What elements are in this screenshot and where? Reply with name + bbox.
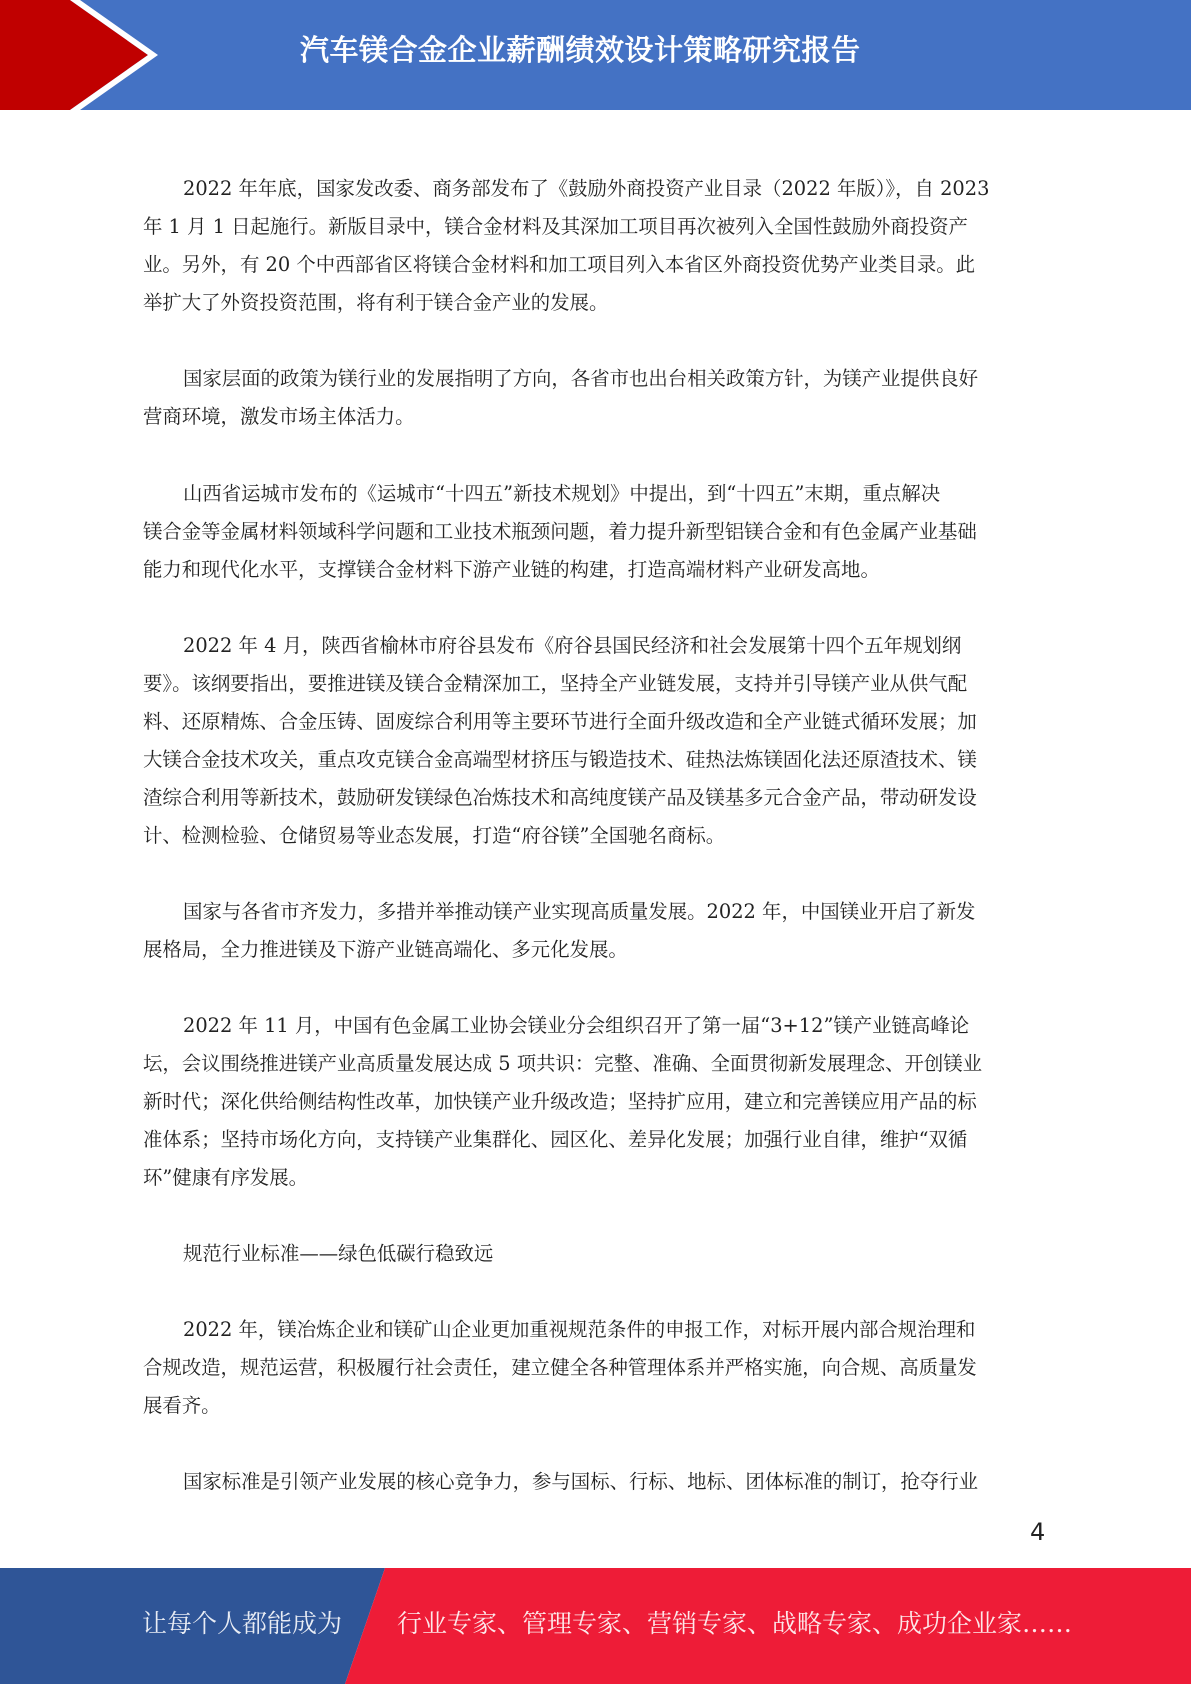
footer-slogan-left: 让每个人都能成为 <box>142 1606 342 1642</box>
section-subheading: 规范行业标准——绿色低碳行稳致远 <box>183 1235 493 1273</box>
page-header: 汽车镁合金企业薪酬绩效设计策略研究报告 <box>0 0 1191 110</box>
paragraph-line: 展看齐。 <box>143 1387 221 1425</box>
paragraph-line: 渣综合利用等新技术，鼓励研发镁绿色冶炼技术和高纯度镁产品及镁基多元合金产品，带动… <box>143 779 977 817</box>
paragraph-line: 环”健康有序发展。 <box>143 1159 308 1197</box>
paragraph-line: 年 1 月 1 日起施行。新版目录中，镁合金材料及其深加工项目再次被列入全国性鼓… <box>143 208 968 246</box>
paragraph-line: 计、检测检验、仓储贸易等业态发展，打造“府谷镁”全国驰名商标。 <box>143 817 725 855</box>
paragraph-line: 2022 年年底，国家发改委、商务部发布了《鼓励外商投资产业目录（2022 年版… <box>183 170 989 208</box>
page-number: 4 <box>1030 1518 1060 1546</box>
paragraph-line: 展格局，全力推进镁及下游产业链高端化、多元化发展。 <box>143 931 628 969</box>
paragraph-line: 合规改造，规范运营，积极履行社会责任，建立健全各种管理体系并严格实施，向合规、高… <box>143 1349 977 1387</box>
paragraph-line: 2022 年 11 月，中国有色金属工业协会镁业分会组织召开了第一届“3+12”… <box>183 1007 969 1045</box>
paragraph-line: 2022 年 4 月，陕西省榆林市府谷县发布《府谷县国民经济和社会发展第十四个五… <box>183 627 961 665</box>
paragraph-line: 举扩大了外资投资范围，将有利于镁合金产业的发展。 <box>143 284 608 322</box>
paragraph-line: 山西省运城市发布的《运城市“十四五”新技术规划》中提出，到“十四五”末期，重点解… <box>183 475 940 513</box>
paragraph-line: 准体系；坚持市场化方向，支持镁产业集群化、园区化、差异化发展；加强行业自律，维护… <box>143 1121 967 1159</box>
paragraph-line: 国家层面的政策为镁行业的发展指明了方向，各省市也出台相关政策方针，为镁产业提供良… <box>183 360 978 398</box>
paragraph-line: 料、还原精炼、合金压铸、固废综合利用等主要环节进行全面升级改造和全产业链式循环发… <box>143 703 977 741</box>
paragraph-line: 营商环境，激发市场主体活力。 <box>143 398 414 436</box>
paragraph-line: 镁合金等金属材料领域科学问题和工业技术瓶颈问题，着力提升新型铝镁合金和有色金属产… <box>143 513 977 551</box>
paragraph-line: 新时代；深化供给侧结构性改革，加快镁产业升级改造；坚持扩应用，建立和完善镁应用产… <box>143 1083 977 1121</box>
paragraph-line: 业。另外，有 20 个中西部省区将镁合金材料和加工项目列入本省区外商投资优势产业… <box>143 246 975 284</box>
paragraph-line: 坛，会议围绕推进镁产业高质量发展达成 5 项共识：完整、准确、全面贯彻新发展理念… <box>143 1045 982 1083</box>
paragraph-line: 能力和现代化水平，支撑镁合金材料下游产业链的构建，打造高端材料产业研发高地。 <box>143 551 880 589</box>
paragraph-line: 国家与各省市齐发力，多措并举推动镁产业实现高质量发展。2022 年，中国镁业开启… <box>183 893 975 931</box>
paragraph-line: 大镁合金技术攻关，重点攻克镁合金高端型材挤压与锻造技术、硅热法炼镁固化法还原渣技… <box>143 741 977 779</box>
report-title: 汽车镁合金企业薪酬绩效设计策略研究报告 <box>300 28 920 72</box>
paragraph-line: 要》。该纲要指出，要推进镁及镁合金精深加工，坚持全产业链发展，支持并引导镁产业从… <box>143 665 967 703</box>
footer-slogan-right: 行业专家、管理专家、营销专家、战略专家、成功企业家…… <box>397 1606 1072 1642</box>
paragraph-line: 2022 年，镁冶炼企业和镁矿山企业更加重视规范条件的申报工作，对标开展内部合规… <box>183 1311 975 1349</box>
page-footer: 让每个人都能成为 行业专家、管理专家、营销专家、战略专家、成功企业家…… <box>0 1568 1191 1684</box>
paragraph-line: 国家标准是引领产业发展的核心竞争力，参与国标、行标、地标、团体标准的制订，抢夺行… <box>183 1463 978 1501</box>
